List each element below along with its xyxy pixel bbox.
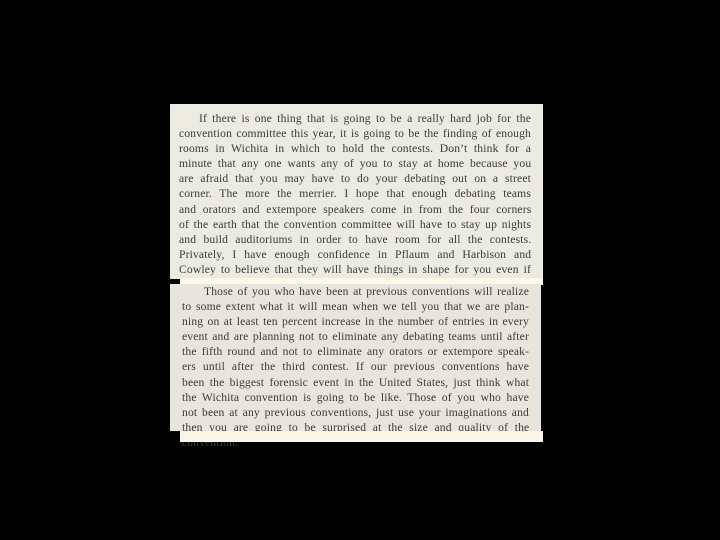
text-line: and build auditoriums in order to have r… <box>179 232 531 247</box>
text-line: and orators and extempore speakers come … <box>179 202 531 217</box>
text-line: Those of you who have been at previous c… <box>182 284 529 299</box>
text-line: are afraid that you may have to do your … <box>179 171 531 186</box>
text-line: event and are planning not to eliminate … <box>182 329 529 344</box>
text-line: the Wichita convention is going to be li… <box>182 390 529 405</box>
text-line: not been at any previous conventions, ju… <box>182 405 529 420</box>
paragraph-2: Those of you who have been at previous c… <box>182 284 529 450</box>
text-line: If there is one thing that is going to b… <box>179 111 531 126</box>
clipping-top: If there is one thing that is going to b… <box>170 104 543 279</box>
text-line: corner. The more the merrier. I hope tha… <box>179 186 531 201</box>
clipping-bottom: Those of you who have been at previous c… <box>170 284 541 431</box>
text-line: the fifth round and not to eliminate any… <box>182 344 529 359</box>
text-line: ers until after the third contest. If ou… <box>182 359 529 374</box>
text-line: of the earth that the convention committ… <box>179 217 531 232</box>
text-line: convention committee this year, it is go… <box>179 126 531 141</box>
text-line: ning on at least ten percent increase in… <box>182 314 529 329</box>
paper-bottom-edge <box>180 431 543 442</box>
text-line: minute that any one wants any of you to … <box>179 156 531 171</box>
text-line: rooms in Wichita in which to hold the co… <box>179 141 531 156</box>
text-line: to some extent what it will mean when we… <box>182 299 529 314</box>
paragraph-1: If there is one thing that is going to b… <box>179 111 531 279</box>
text-line: been the biggest forensic event in the U… <box>182 375 529 390</box>
text-line: Privately, I have enough confidence in P… <box>179 247 531 262</box>
